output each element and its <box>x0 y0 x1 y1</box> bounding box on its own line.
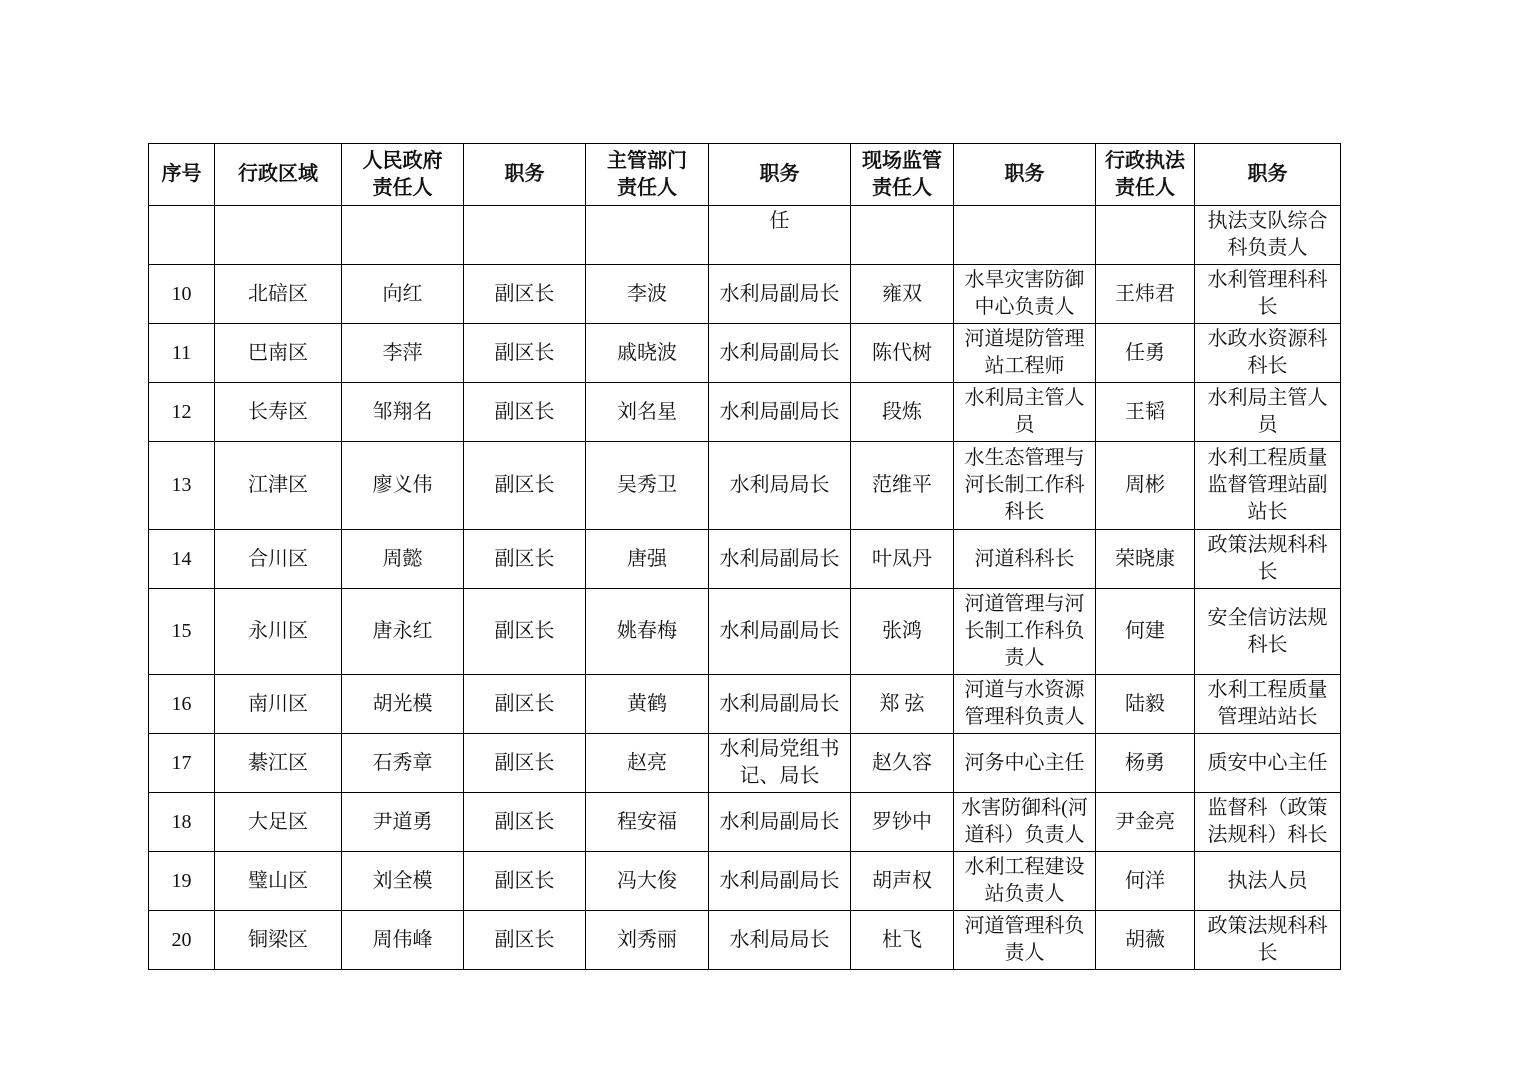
cell-site-title: 水旱灾害防御中心负责人 <box>954 265 1096 324</box>
cell-gov-person <box>342 206 464 265</box>
table-row-14: 14合川区周懿副区长唐强水利局副局长叶凤丹河道科科长荣晓康政策法规科科长 <box>149 530 1341 589</box>
cell-dept-title: 水利局副局长 <box>709 589 851 675</box>
cell-site-title: 河道管理科负责人 <box>954 911 1096 970</box>
cell-law-title: 水利工程质量监督管理站副站长 <box>1195 442 1341 530</box>
cell-dept-person: 姚春梅 <box>586 589 709 675</box>
table-row-16: 16南川区胡光模副区长黄鹤水利局副局长郑 弦河道与水资源管理科负责人陆毅水利工程… <box>149 675 1341 734</box>
cell-gov-title <box>464 206 586 265</box>
cell-dept-person: 戚晓波 <box>586 324 709 383</box>
cell-gov-person: 向红 <box>342 265 464 324</box>
cell-law-title: 执法支队综合科负责人 <box>1195 206 1341 265</box>
cell-law-title: 政策法规科科长 <box>1195 530 1341 589</box>
cell-gov-person: 石秀章 <box>342 734 464 793</box>
cell-gov-title: 副区长 <box>464 911 586 970</box>
cell-law-title: 执法人员 <box>1195 852 1341 911</box>
cell-site-person: 赵久容 <box>851 734 954 793</box>
cell-law-title: 水利局主管人员 <box>1195 383 1341 442</box>
cell-site-person: 段炼 <box>851 383 954 442</box>
cell-law-person: 荣晓康 <box>1096 530 1195 589</box>
cell-law-person: 尹金亮 <box>1096 793 1195 852</box>
cell-no: 16 <box>149 675 215 734</box>
cell-site-title <box>954 206 1096 265</box>
cell-gov-title: 副区长 <box>464 442 586 530</box>
cell-dept-person <box>586 206 709 265</box>
cell-gov-person: 周伟峰 <box>342 911 464 970</box>
cell-gov-title: 副区长 <box>464 793 586 852</box>
header-cell-no: 序号 <box>149 144 215 206</box>
cell-region: 北碚区 <box>215 265 342 324</box>
cell-dept-person: 程安福 <box>586 793 709 852</box>
cell-no: 13 <box>149 442 215 530</box>
cell-law-person: 杨勇 <box>1096 734 1195 793</box>
cell-site-person: 叶凤丹 <box>851 530 954 589</box>
cell-gov-title: 副区长 <box>464 589 586 675</box>
cell-law-title: 水政水资源科科长 <box>1195 324 1341 383</box>
cell-no: 18 <box>149 793 215 852</box>
cell-gov-title: 副区长 <box>464 383 586 442</box>
cell-law-person: 王韬 <box>1096 383 1195 442</box>
cell-gov-title: 副区长 <box>464 734 586 793</box>
cell-gov-title: 副区长 <box>464 852 586 911</box>
cell-gov-person: 胡光模 <box>342 675 464 734</box>
cell-site-person: 张鸿 <box>851 589 954 675</box>
cell-law-person: 何洋 <box>1096 852 1195 911</box>
cell-no: 12 <box>149 383 215 442</box>
cell-dept-person: 赵亮 <box>586 734 709 793</box>
cell-site-title: 水利局主管人员 <box>954 383 1096 442</box>
header-cell-gov-title: 职务 <box>464 144 586 206</box>
cell-dept-title: 水利局局长 <box>709 911 851 970</box>
cell-gov-person: 李萍 <box>342 324 464 383</box>
cell-region: 江津区 <box>215 442 342 530</box>
carryover-row: 任执法支队综合科负责人 <box>149 206 1341 265</box>
cell-dept-title: 水利局副局长 <box>709 324 851 383</box>
cell-region <box>215 206 342 265</box>
cell-gov-person: 邹翔名 <box>342 383 464 442</box>
cell-site-title: 水生态管理与河长制工作科科长 <box>954 442 1096 530</box>
cell-law-person: 胡薇 <box>1096 911 1195 970</box>
cell-region: 南川区 <box>215 675 342 734</box>
cell-region: 綦江区 <box>215 734 342 793</box>
cell-no: 17 <box>149 734 215 793</box>
cell-law-title: 水利工程质量管理站站长 <box>1195 675 1341 734</box>
cell-site-person <box>851 206 954 265</box>
cell-dept-title: 水利局副局长 <box>709 265 851 324</box>
cell-site-person: 郑 弦 <box>851 675 954 734</box>
cell-no: 14 <box>149 530 215 589</box>
table-row-13: 13江津区廖义伟副区长吴秀卫水利局局长范维平水生态管理与河长制工作科科长周彬水利… <box>149 442 1341 530</box>
cell-region: 长寿区 <box>215 383 342 442</box>
cell-law-person: 任勇 <box>1096 324 1195 383</box>
cell-dept-title: 水利局副局长 <box>709 383 851 442</box>
cell-gov-person: 刘全模 <box>342 852 464 911</box>
cell-law-title: 监督科（政策法规科）科长 <box>1195 793 1341 852</box>
cell-dept-title: 水利局副局长 <box>709 793 851 852</box>
header-cell-dept-person: 主管部门 责任人 <box>586 144 709 206</box>
cell-law-person: 周彬 <box>1096 442 1195 530</box>
cell-dept-person: 黄鹤 <box>586 675 709 734</box>
cell-law-person: 陆毅 <box>1096 675 1195 734</box>
cell-dept-person: 唐强 <box>586 530 709 589</box>
cell-law-person: 何建 <box>1096 589 1195 675</box>
cell-dept-person: 冯大俊 <box>586 852 709 911</box>
header-cell-dept-title: 职务 <box>709 144 851 206</box>
cell-site-person: 陈代树 <box>851 324 954 383</box>
cell-gov-title: 副区长 <box>464 265 586 324</box>
cell-dept-person: 李波 <box>586 265 709 324</box>
table-row-19: 19璧山区刘全模副区长冯大俊水利局副局长胡声权水利工程建设站负责人何洋执法人员 <box>149 852 1341 911</box>
cell-no: 15 <box>149 589 215 675</box>
cell-dept-title: 水利局局长 <box>709 442 851 530</box>
cell-dept-title: 水利局副局长 <box>709 852 851 911</box>
cell-region: 巴南区 <box>215 324 342 383</box>
cell-gov-title: 副区长 <box>464 675 586 734</box>
cell-site-title: 水害防御科(河道科）负责人 <box>954 793 1096 852</box>
cell-site-person: 雍双 <box>851 265 954 324</box>
cell-gov-person: 尹道勇 <box>342 793 464 852</box>
header-cell-site-person: 现场监管 责任人 <box>851 144 954 206</box>
cell-site-title: 河道与水资源管理科负责人 <box>954 675 1096 734</box>
cell-region: 铜梁区 <box>215 911 342 970</box>
table-row-18: 18大足区尹道勇副区长程安福水利局副局长罗钞中水害防御科(河道科）负责人尹金亮监… <box>149 793 1341 852</box>
cell-law-person <box>1096 206 1195 265</box>
header-cell-law-person: 行政执法 责任人 <box>1096 144 1195 206</box>
cell-site-title: 河道堤防管理站工程师 <box>954 324 1096 383</box>
cell-no: 11 <box>149 324 215 383</box>
cell-gov-person: 唐永红 <box>342 589 464 675</box>
responsibility-table: 序号行政区域人民政府 责任人职务主管部门 责任人职务现场监管 责任人职务行政执法… <box>148 143 1341 970</box>
cell-region: 合川区 <box>215 530 342 589</box>
cell-gov-title: 副区长 <box>464 324 586 383</box>
header-cell-gov-person: 人民政府 责任人 <box>342 144 464 206</box>
cell-no <box>149 206 215 265</box>
cell-law-title: 政策法规科科长 <box>1195 911 1341 970</box>
cell-region: 大足区 <box>215 793 342 852</box>
cell-site-person: 胡声权 <box>851 852 954 911</box>
cell-no: 10 <box>149 265 215 324</box>
cell-dept-person: 吴秀卫 <box>586 442 709 530</box>
cell-region: 璧山区 <box>215 852 342 911</box>
cell-gov-person: 周懿 <box>342 530 464 589</box>
cell-site-person: 范维平 <box>851 442 954 530</box>
cell-site-title: 水利工程建设站负责人 <box>954 852 1096 911</box>
header-cell-region: 行政区域 <box>215 144 342 206</box>
cell-site-title: 河道管理与河长制工作科负责人 <box>954 589 1096 675</box>
cell-region: 永川区 <box>215 589 342 675</box>
cell-law-title: 水利管理科科长 <box>1195 265 1341 324</box>
table-row-11: 11巴南区李萍副区长戚晓波水利局副局长陈代树河道堤防管理站工程师任勇水政水资源科… <box>149 324 1341 383</box>
cell-site-person: 罗钞中 <box>851 793 954 852</box>
table-row-17: 17綦江区石秀章副区长赵亮水利局党组书记、局长赵久容河务中心主任杨勇质安中心主任 <box>149 734 1341 793</box>
cell-no: 20 <box>149 911 215 970</box>
header-row: 序号行政区域人民政府 责任人职务主管部门 责任人职务现场监管 责任人职务行政执法… <box>149 144 1341 206</box>
cell-law-person: 王炜君 <box>1096 265 1195 324</box>
document-page: 序号行政区域人民政府 责任人职务主管部门 责任人职务现场监管 责任人职务行政执法… <box>0 0 1520 1074</box>
header-cell-site-title: 职务 <box>954 144 1096 206</box>
cell-site-person: 杜飞 <box>851 911 954 970</box>
cell-no: 19 <box>149 852 215 911</box>
cell-gov-person: 廖义伟 <box>342 442 464 530</box>
table-row-20: 20铜梁区周伟峰副区长刘秀丽水利局局长杜飞河道管理科负责人胡薇政策法规科科长 <box>149 911 1341 970</box>
cell-dept-person: 刘名星 <box>586 383 709 442</box>
cell-dept-person: 刘秀丽 <box>586 911 709 970</box>
table-row-12: 12长寿区邹翔名副区长刘名星水利局副局长段炼水利局主管人员王韬水利局主管人员 <box>149 383 1341 442</box>
cell-dept-title: 水利局副局长 <box>709 530 851 589</box>
cell-law-title: 质安中心主任 <box>1195 734 1341 793</box>
cell-site-title: 河道科科长 <box>954 530 1096 589</box>
cell-dept-title: 任 <box>709 206 851 265</box>
header-cell-law-title: 职务 <box>1195 144 1341 206</box>
cell-gov-title: 副区长 <box>464 530 586 589</box>
table-row-10: 10北碚区向红副区长李波水利局副局长雍双水旱灾害防御中心负责人王炜君水利管理科科… <box>149 265 1341 324</box>
cell-law-title: 安全信访法规科长 <box>1195 589 1341 675</box>
table-row-15: 15永川区唐永红副区长姚春梅水利局副局长张鸿河道管理与河长制工作科负责人何建安全… <box>149 589 1341 675</box>
cell-dept-title: 水利局党组书记、局长 <box>709 734 851 793</box>
cell-dept-title: 水利局副局长 <box>709 675 851 734</box>
cell-site-title: 河务中心主任 <box>954 734 1096 793</box>
